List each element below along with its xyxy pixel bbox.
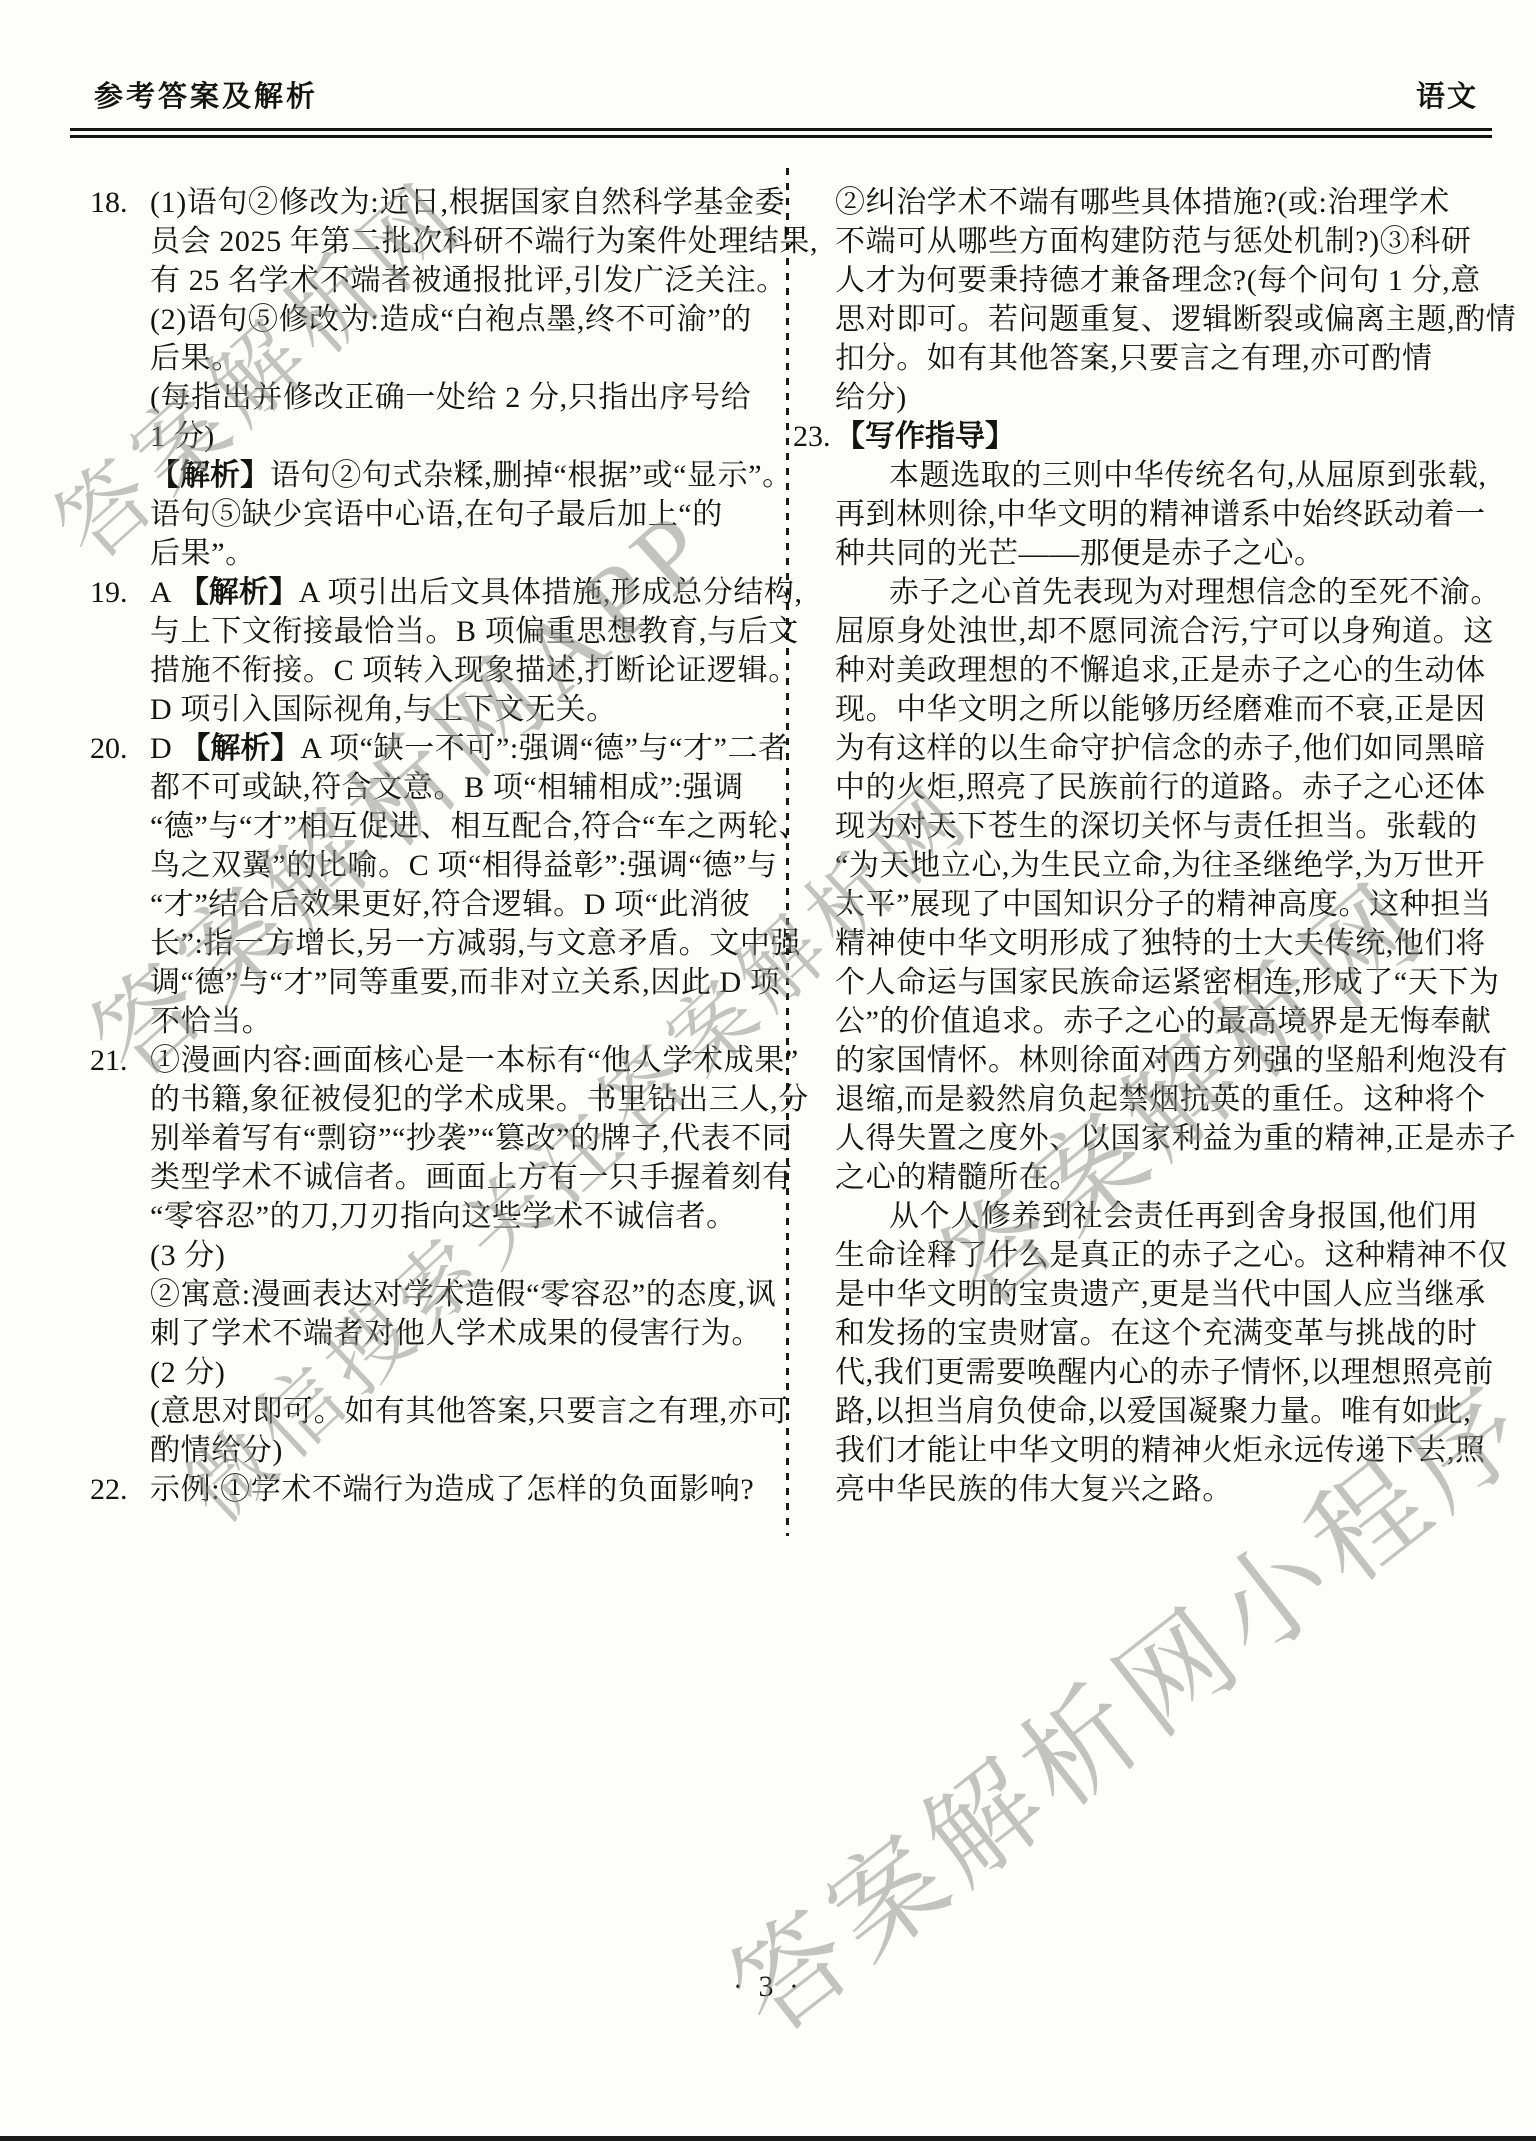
answer-item-19: 19.A 【解析】A 项引出后文具体措施,形成总分结构,与上下文衔接最恰当。B … (90, 573, 758, 729)
text-line: 亮中华民族的伟大复兴之路。 (835, 1470, 1489, 1509)
text-line: 不恰当。 (150, 1002, 758, 1041)
text-line: “才”结合后效果更好,符合逻辑。D 项“此消彼 (150, 885, 758, 924)
text-line: 【解析】语句②句式杂糅,删掉“根据”或“显示”。 (150, 456, 758, 495)
text-line: 语句⑤缺少宾语中心语,在句子最后加上“的 (150, 495, 758, 534)
left-column: 18.(1)语句②修改为:近日,根据国家自然科学基金委员会 2025 年第二批次… (90, 183, 758, 1509)
text-line: (2)语句⑤修改为:造成“白袍点墨,终不可渝”的 (150, 300, 758, 339)
text-line: 从个人修养到社会责任再到舍身报国,他们用 (835, 1197, 1489, 1236)
answer-item-23: 23.【写作指导】 (793, 417, 1489, 456)
text-line: 退缩,而是毅然肩负起禁烟抗英的重任。这种将个 (835, 1080, 1489, 1119)
text-line: 生命诠释了什么是真正的赤子之心。这种精神不仅 (835, 1236, 1489, 1275)
writing-guide-paragraph-1: 本题选取的三则中华传统名句,从屈原到张载,再到林则徐,中华文明的精神谱系中始终跃… (793, 456, 1489, 573)
text-line: 调“德”与“才”同等重要,而非对立关系,因此 D 项 (150, 963, 758, 1002)
text-line: 不端可从哪些方面构建防范与惩处机制?)③科研 (835, 222, 1489, 261)
writing-guide-paragraph-2: 赤子之心首先表现为对理想信念的至死不渝。屈原身处浊世,却不愿同流合污,宁可以身殉… (793, 573, 1489, 1197)
text-line: (3 分) (150, 1236, 758, 1275)
text-line: 刺了学术不端者对他人学术成果的侵害行为。 (150, 1314, 758, 1353)
text-line: 中的火炬,照亮了民族前行的道路。赤子之心还体 (835, 768, 1489, 807)
writing-guide-paragraph-3: 从个人修养到社会责任再到舍身报国,他们用生命诠释了什么是真正的赤子之心。这种精神… (793, 1197, 1489, 1509)
text-line: 再到林则徐,中华文明的精神谱系中始终跃动着一 (835, 495, 1489, 534)
text-line: 种共同的光芒——那便是赤子之心。 (835, 534, 1489, 573)
text-line: 别举着写有“剽窃”“抄袭”“篡改”的牌子,代表不同 (150, 1119, 758, 1158)
item-number: 18. (90, 183, 128, 222)
answer-item-22-continued: ②纠治学术不端有哪些具体措施?(或:治理学术不端可从哪些方面构建防范与惩处机制?… (793, 183, 1489, 417)
text-line: 现为对天下苍生的深切关怀与责任担当。张载的 (835, 807, 1489, 846)
text-line: 我们才能让中华文明的精神火炬永远传递下去,照 (835, 1431, 1489, 1470)
text-line: 后果。 (150, 339, 758, 378)
text-line: 都不可或缺,符合文意。B 项“相辅相成”:强调 (150, 768, 758, 807)
text-line: 路,以担当肩负使命,以爱国凝聚力量。唯有如此, (835, 1392, 1489, 1431)
text-line: 本题选取的三则中华传统名句,从屈原到张载, (835, 456, 1489, 495)
text-line: ①漫画内容:画面核心是一本标有“他人学术成果” (150, 1041, 758, 1080)
text-line: 有 25 名学术不端者被通报批评,引发广泛关注。 (150, 261, 758, 300)
answer-item-20: 20.D 【解析】A 项“缺一不可”:强调“德”与“才”二者都不可或缺,符合文意… (90, 729, 758, 1041)
text-line: (意思对即可。如有其他答案,只要言之有理,亦可 (150, 1392, 758, 1431)
text-line: 和发扬的宝贵财富。在这个充满变革与挑战的时 (835, 1314, 1489, 1353)
text-line: 鸟之双翼”的比喻。C 项“相得益彰”:强调“德”与 (150, 846, 758, 885)
text-line: (每指出并修改正确一处给 2 分,只指出序号给 (150, 378, 758, 417)
text-line: 代,我们更需要唤醒内心的赤子情怀,以理想照亮前 (835, 1353, 1489, 1392)
text-line: 扣分。如有其他答案,只要言之有理,亦可酌情 (835, 339, 1489, 378)
item-number: 19. (90, 573, 128, 612)
scan-bottom-edge (0, 2136, 1536, 2141)
text-line: “德”与“才”相互促进、相互配合,符合“车之两轮、 (150, 807, 758, 846)
text-line: 的书籍,象征被侵犯的学术成果。书里钻出三人,分 (150, 1080, 758, 1119)
text-line: (2 分) (150, 1353, 758, 1392)
answer-item-18: 18.(1)语句②修改为:近日,根据国家自然科学基金委员会 2025 年第二批次… (90, 183, 758, 573)
text-line: 的家国情怀。林则徐面对西方列强的坚船利炮没有 (835, 1041, 1489, 1080)
text-line: D 【解析】A 项“缺一不可”:强调“德”与“才”二者 (150, 729, 758, 768)
right-column: ②纠治学术不端有哪些具体措施?(或:治理学术不端可从哪些方面构建防范与惩处机制?… (793, 183, 1489, 1509)
text-line: 长”:指一方增长,另一方减弱,与文意矛盾。文中强 (150, 924, 758, 963)
item-number: 20. (90, 729, 128, 768)
document-page: 参考答案及解析 语文 18.(1)语句②修改为:近日,根据国家自然科学基金委员会… (0, 0, 1536, 2141)
page-header-title: 参考答案及解析 (94, 74, 318, 115)
text-line: 人才为何要秉持德才兼备理念?(每个问句 1 分,意 (835, 261, 1489, 300)
text-line: 后果”。 (150, 534, 758, 573)
text-line: 示例:①学术不端行为造成了怎样的负面影响? (150, 1470, 758, 1509)
item-number: 22. (90, 1470, 128, 1509)
text-line: 之心的精髓所在。 (835, 1158, 1489, 1197)
text-line: 太平”展现了中国知识分子的精神高度。这种担当 (835, 885, 1489, 924)
text-line: A 【解析】A 项引出后文具体措施,形成总分结构, (150, 573, 758, 612)
text-line: (1)语句②修改为:近日,根据国家自然科学基金委 (150, 183, 758, 222)
text-line: ②寓意:漫画表达对学术造假“零容忍”的态度,讽 (150, 1275, 758, 1314)
page-number: · 3 · (0, 1970, 1536, 2004)
text-line: 精神使中华文明形成了独特的士大夫传统,他们将 (835, 924, 1489, 963)
answer-item-21: 21.①漫画内容:画面核心是一本标有“他人学术成果”的书籍,象征被侵犯的学术成果… (90, 1041, 758, 1470)
text-line: 屈原身处浊世,却不愿同流合污,宁可以身殉道。这 (835, 612, 1489, 651)
text-line: 种对美政理想的不懈追求,正是赤子之心的生动体 (835, 651, 1489, 690)
text-line: 思对即可。若问题重复、逻辑断裂或偏离主题,酌情 (835, 300, 1489, 339)
text-line: 【写作指导】 (835, 417, 1489, 456)
text-line: 与上下文衔接最恰当。B 项偏重思想教育,与后文 (150, 612, 758, 651)
text-line: 员会 2025 年第二批次科研不端行为案件处理结果, (150, 222, 758, 261)
page-header-subject: 语文 (1416, 74, 1478, 115)
text-line: 现。中华文明之所以能够历经磨难而不衰,正是因 (835, 690, 1489, 729)
text-line: 酌情给分) (150, 1431, 758, 1470)
text-line: 1 分) (150, 417, 758, 456)
text-line: 人得失置之度外、以国家利益为重的精神,正是赤子 (835, 1119, 1489, 1158)
text-line: 为有这样的以生命守护信念的赤子,他们如同黑暗 (835, 729, 1489, 768)
text-line: 给分) (835, 378, 1489, 417)
header-double-rule (70, 128, 1492, 138)
text-line: 个人命运与国家民族命运紧密相连,形成了“天下为 (835, 963, 1489, 1002)
text-line: 是中华文明的宝贵遗产,更是当代中国人应当继承 (835, 1275, 1489, 1314)
item-number: 21. (90, 1041, 128, 1080)
text-line: 赤子之心首先表现为对理想信念的至死不渝。 (835, 573, 1489, 612)
text-line: 措施不衔接。C 项转入现象描述,打断论证逻辑。 (150, 651, 758, 690)
text-line: ②纠治学术不端有哪些具体措施?(或:治理学术 (835, 183, 1489, 222)
column-divider-dotted-line (786, 168, 789, 1536)
text-line: “零容忍”的刀,刀刃指向这些学术不诚信者。 (150, 1197, 758, 1236)
text-line: 类型学术不诚信者。画面上方有一只手握着刻有 (150, 1158, 758, 1197)
text-line: 公”的价值追求。赤子之心的最高境界是无悔奉献 (835, 1002, 1489, 1041)
text-line: D 项引入国际视角,与上下文无关。 (150, 690, 758, 729)
answer-item-22: 22.示例:①学术不端行为造成了怎样的负面影响? (90, 1470, 758, 1509)
text-line: “为天地立心,为生民立命,为往圣继绝学,为万世开 (835, 846, 1489, 885)
item-number: 23. (793, 417, 831, 456)
